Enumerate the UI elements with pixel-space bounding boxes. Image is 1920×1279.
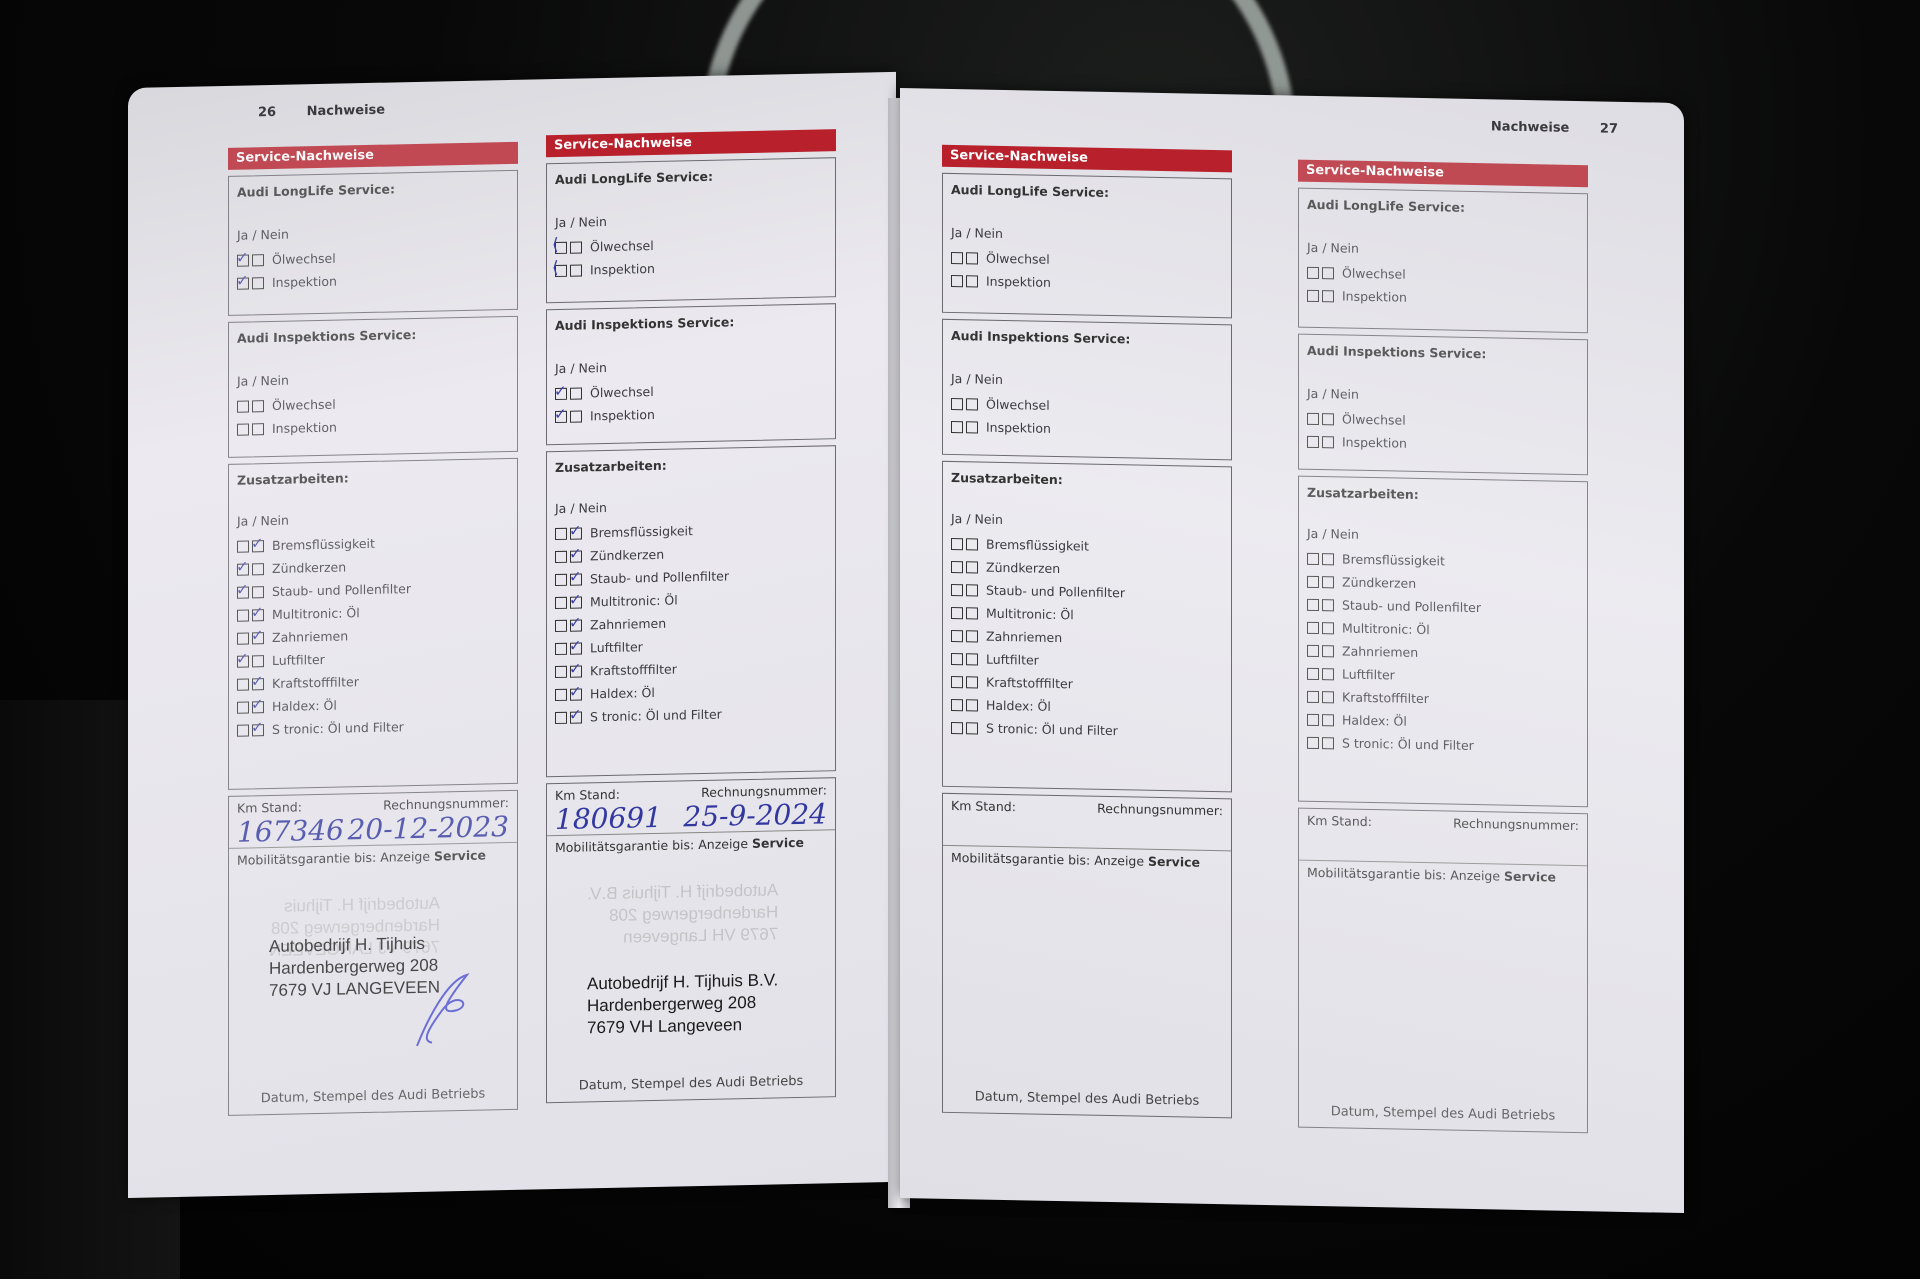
longlife-title: Audi LongLife Service: bbox=[555, 166, 827, 187]
page-right: Nachweise 27 Service-Nachweise Audi Long… bbox=[900, 88, 1684, 1213]
item-label: Haldex: Öl bbox=[272, 698, 337, 714]
checkbox-nein[interactable] bbox=[1322, 290, 1334, 302]
checkbox-ja[interactable] bbox=[237, 701, 249, 713]
zusatz-item: S tronic: Öl und Filter bbox=[555, 700, 827, 729]
item-label: Zündkerzen bbox=[1342, 574, 1416, 590]
checkbox-nein[interactable] bbox=[252, 423, 264, 435]
item-label: Inspektion bbox=[590, 261, 655, 277]
page-number: 26 bbox=[258, 105, 276, 120]
checkbox-nein[interactable] bbox=[1322, 691, 1334, 703]
item-label: Staub- und Pollenfilter bbox=[272, 581, 411, 599]
checkbox-ja[interactable] bbox=[951, 397, 963, 409]
checkbox-nein[interactable] bbox=[1322, 599, 1334, 611]
item-label: Haldex: Öl bbox=[590, 685, 655, 701]
checkbox-ja[interactable] bbox=[951, 675, 963, 687]
service-banner: Service-Nachweise bbox=[228, 142, 518, 170]
item-label: Multitronic: Öl bbox=[590, 592, 678, 609]
service-record-4: Service-Nachweise Audi LongLife Service:… bbox=[1298, 160, 1588, 1134]
checkbox-nein[interactable] bbox=[1322, 413, 1334, 425]
page-section: Nachweise bbox=[1491, 119, 1569, 136]
zusatz-title: Zusatzarbeiten: bbox=[237, 467, 509, 488]
rechnungsnummer-label: Rechnungsnummer: bbox=[1453, 816, 1579, 833]
zusatzarbeiten-section: Zusatzarbeiten: Ja / Nein Bremsflüssigke… bbox=[942, 461, 1232, 793]
zusatz-item: S tronic: Öl und Filter bbox=[951, 716, 1223, 744]
checkbox-nein[interactable] bbox=[252, 586, 264, 598]
checkbox-ja[interactable] bbox=[1307, 435, 1319, 447]
item-label: Inspektion bbox=[272, 420, 337, 436]
checkbox-ja[interactable] bbox=[555, 410, 567, 422]
checkbox-ja[interactable] bbox=[1307, 667, 1319, 679]
zusatz-title: Zusatzarbeiten: bbox=[555, 454, 827, 475]
item-label: Inspektion bbox=[1342, 288, 1407, 304]
km-stand-label: Km Stand: bbox=[237, 799, 302, 815]
km-stand-label: Km Stand: bbox=[555, 787, 620, 803]
checkbox-nein[interactable] bbox=[252, 655, 264, 667]
item-label: Ölwechsel bbox=[272, 251, 336, 267]
checkbox-nein[interactable] bbox=[966, 538, 978, 550]
item-label: Zahnriemen bbox=[986, 629, 1062, 645]
rechnungsnummer-value: 20-12-2023 bbox=[348, 810, 509, 845]
zusatzarbeiten-section: Zusatzarbeiten: Ja / Nein Bremsflüssigke… bbox=[228, 458, 518, 790]
checkbox-nein[interactable] bbox=[966, 561, 978, 573]
checkbox-ja[interactable] bbox=[555, 573, 567, 585]
mobilitaetsgarantie: Mobilitätsgarantie bis: Anzeige Service bbox=[1299, 861, 1587, 890]
checkbox-ja[interactable] bbox=[951, 721, 963, 733]
checkbox-nein[interactable] bbox=[252, 724, 264, 736]
zusatz-list: BremsflüssigkeitZündkerzenStaub- und Pol… bbox=[237, 529, 509, 742]
checkbox-nein[interactable] bbox=[966, 607, 978, 619]
zusatzarbeiten-section: Zusatzarbeiten: Ja / Nein Bremsflüssigke… bbox=[1298, 476, 1588, 808]
inspektions-title: Audi Inspektions Service: bbox=[951, 328, 1223, 348]
item-label: Luftfilter bbox=[272, 652, 325, 668]
checkbox-nein[interactable] bbox=[252, 632, 264, 644]
checkbox-nein[interactable] bbox=[1322, 267, 1334, 279]
inspektions-title: Audi Inspektions Service: bbox=[237, 325, 509, 346]
checkbox-nein[interactable] bbox=[570, 573, 582, 585]
longlife-title: Audi LongLife Service: bbox=[237, 179, 509, 200]
record-footer: Km Stand:Rechnungsnummer: Mobilitätsgara… bbox=[942, 793, 1232, 1119]
item-label: Multitronic: Öl bbox=[1342, 620, 1430, 637]
item-label: Ölwechsel bbox=[272, 397, 336, 413]
datum-stempel-label: Datum, Stempel des Audi Betriebs bbox=[943, 1089, 1231, 1110]
item-label: Bremsflüssigkeit bbox=[1342, 551, 1445, 568]
service-record-2: Service-Nachweise Audi LongLife Service:… bbox=[546, 129, 836, 1103]
checkbox-nein[interactable] bbox=[252, 701, 264, 713]
checkbox-nein[interactable] bbox=[1322, 436, 1334, 448]
item-label: Luftfilter bbox=[590, 639, 643, 655]
checkbox-ja[interactable] bbox=[1307, 713, 1319, 725]
record-footer: Km Stand:Rechnungsnummer: Mobilitätsgara… bbox=[1298, 808, 1588, 1134]
checkbox-nein[interactable] bbox=[966, 421, 978, 433]
checkbox-nein[interactable] bbox=[966, 252, 978, 264]
checkbox-nein[interactable] bbox=[966, 630, 978, 642]
item-label: Zahnriemen bbox=[272, 628, 348, 645]
checkbox-ja[interactable] bbox=[237, 655, 249, 667]
zusatz-list: BremsflüssigkeitZündkerzenStaub- und Pol… bbox=[555, 516, 827, 729]
checkbox-nein[interactable] bbox=[252, 277, 264, 289]
zusatz-list: BremsflüssigkeitZündkerzenStaub- und Pol… bbox=[1307, 547, 1579, 759]
checkbox-nein[interactable] bbox=[966, 398, 978, 410]
zusatz-list: BremsflüssigkeitZündkerzenStaub- und Pol… bbox=[951, 532, 1223, 744]
item-label: S tronic: Öl und Filter bbox=[986, 721, 1118, 739]
checkbox-ja[interactable] bbox=[951, 698, 963, 710]
page-header-right: Nachweise 27 bbox=[1491, 119, 1644, 137]
checkbox-nein[interactable] bbox=[570, 688, 582, 700]
item-label: Haldex: Öl bbox=[1342, 712, 1407, 728]
checkbox-nein[interactable] bbox=[252, 563, 264, 575]
checkbox-nein[interactable] bbox=[570, 264, 582, 276]
item-label: Ölwechsel bbox=[1342, 411, 1406, 427]
item-label: Kraftstofffilter bbox=[272, 674, 359, 691]
stamp-ghost: Autobedrijf H. Tijhuis B.V.Hardenbergerw… bbox=[587, 879, 778, 949]
item-label: Ölwechsel bbox=[1342, 265, 1406, 281]
checkbox-nein[interactable] bbox=[966, 653, 978, 665]
checkbox-ja[interactable] bbox=[951, 251, 963, 263]
checkbox-ja[interactable] bbox=[555, 688, 567, 700]
checkbox-nein[interactable] bbox=[570, 642, 582, 654]
inspektions-section: Audi Inspektions Service: Ja / Nein Ölwe… bbox=[1298, 334, 1588, 476]
checkbox-nein[interactable] bbox=[570, 550, 582, 562]
checkbox-nein[interactable] bbox=[570, 241, 582, 253]
ja-nein-label: Ja / Nein bbox=[1307, 386, 1579, 406]
checkbox-ja[interactable] bbox=[1307, 598, 1319, 610]
checkbox-nein[interactable] bbox=[252, 400, 264, 412]
checkbox-ja[interactable] bbox=[555, 596, 567, 608]
checkbox-nein[interactable] bbox=[1322, 645, 1334, 657]
datum-stempel-label: Datum, Stempel des Audi Betriebs bbox=[229, 1086, 517, 1107]
item-label: Bremsflüssigkeit bbox=[986, 537, 1089, 554]
item-label: Zündkerzen bbox=[272, 559, 346, 576]
checkbox-nein[interactable] bbox=[570, 410, 582, 422]
item-label: Kraftstofffilter bbox=[1342, 689, 1429, 706]
page-number: 27 bbox=[1600, 121, 1618, 136]
ja-nein-label: Ja / Nein bbox=[951, 225, 1223, 245]
item-label: Ölwechsel bbox=[590, 384, 654, 400]
checkbox-ja[interactable] bbox=[1307, 690, 1319, 702]
datum-stempel-label: Datum, Stempel des Audi Betriebs bbox=[1299, 1104, 1587, 1125]
checkbox-nein[interactable] bbox=[1322, 553, 1334, 565]
item-label: Zündkerzen bbox=[986, 560, 1060, 576]
checkbox-nein[interactable] bbox=[1322, 622, 1334, 634]
item-label: Multitronic: Öl bbox=[986, 606, 1074, 623]
checkbox-ja[interactable] bbox=[555, 527, 567, 539]
checkbox-ja[interactable] bbox=[555, 642, 567, 654]
longlife-title: Audi LongLife Service: bbox=[1307, 197, 1579, 217]
ja-nein-label: Ja / Nein bbox=[237, 368, 509, 389]
checkbox-nein[interactable] bbox=[252, 609, 264, 621]
checkbox-nein[interactable] bbox=[570, 619, 582, 631]
service-banner: Service-Nachweise bbox=[1298, 160, 1588, 188]
checkbox-ja[interactable] bbox=[1307, 552, 1319, 564]
item-label: S tronic: Öl und Filter bbox=[590, 707, 722, 725]
zusatz-title: Zusatzarbeiten: bbox=[1307, 485, 1579, 505]
item-label: Bremsflüssigkeit bbox=[590, 523, 693, 540]
zusatzarbeiten-section: Zusatzarbeiten: Ja / Nein Bremsflüssigke… bbox=[546, 445, 836, 777]
mobilitaetsgarantie: Mobilitätsgarantie bis: Anzeige Service bbox=[943, 846, 1231, 875]
checkbox-ja[interactable] bbox=[951, 629, 963, 641]
item-label: Zahnriemen bbox=[590, 616, 666, 633]
item-label: S tronic: Öl und Filter bbox=[1342, 735, 1474, 753]
item-label: Bremsflüssigkeit bbox=[272, 536, 375, 553]
checkbox-ja[interactable] bbox=[951, 560, 963, 572]
item-label: Staub- und Pollenfilter bbox=[986, 583, 1125, 601]
km-stand-value: 180691 bbox=[555, 801, 662, 835]
checkbox-ja[interactable] bbox=[237, 609, 249, 621]
longlife-title: Audi LongLife Service: bbox=[951, 182, 1223, 202]
zusatz-item: S tronic: Öl und Filter bbox=[1307, 731, 1579, 759]
item-label: Haldex: Öl bbox=[986, 698, 1051, 714]
ja-nein-label: Ja / Nein bbox=[951, 371, 1223, 391]
checkbox-nein[interactable] bbox=[966, 584, 978, 596]
checkbox-ja[interactable] bbox=[237, 724, 249, 736]
checkbox-nein[interactable] bbox=[1322, 737, 1334, 749]
checkbox-ja[interactable] bbox=[1307, 575, 1319, 587]
item-label: Ölwechsel bbox=[590, 238, 654, 254]
checkbox-ja[interactable] bbox=[951, 420, 963, 432]
checkbox-ja[interactable] bbox=[237, 277, 249, 289]
checkbox-nein[interactable] bbox=[570, 665, 582, 677]
checkbox-nein[interactable] bbox=[570, 387, 582, 399]
item-label: Zahnriemen bbox=[1342, 643, 1418, 659]
checkbox-ja[interactable] bbox=[1307, 289, 1319, 301]
ja-nein-label: Ja / Nein bbox=[555, 355, 827, 376]
checkbox-ja[interactable] bbox=[1307, 412, 1319, 424]
checkbox-nein[interactable] bbox=[252, 540, 264, 552]
zusatz-item: S tronic: Öl und Filter bbox=[237, 713, 509, 742]
inspektions-section: Audi Inspektions Service: Ja / Nein Ölwe… bbox=[942, 319, 1232, 461]
inspektions-section: Audi Inspektions Service: Ja / Nein Ölwe… bbox=[228, 316, 518, 458]
item-label: S tronic: Öl und Filter bbox=[272, 719, 404, 737]
checkbox-nein[interactable] bbox=[966, 275, 978, 287]
service-record-1: Service-Nachweise Audi LongLife Service:… bbox=[228, 142, 518, 1116]
checkbox-ja[interactable] bbox=[237, 400, 249, 412]
checkbox-ja[interactable] bbox=[555, 387, 567, 399]
checkbox-ja[interactable] bbox=[1307, 644, 1319, 656]
item-label: Luftfilter bbox=[1342, 666, 1395, 682]
inspektions-section: Audi Inspektions Service: Ja / Nein Ölwe… bbox=[546, 303, 836, 445]
checkbox-ja[interactable] bbox=[237, 254, 249, 266]
checkbox-ja[interactable] bbox=[951, 606, 963, 618]
inspektions-title: Audi Inspektions Service: bbox=[555, 312, 827, 333]
item-label: Staub- und Pollenfilter bbox=[590, 568, 729, 586]
checkbox-nein[interactable] bbox=[570, 527, 582, 539]
longlife-section: Audi LongLife Service: Ja / Nein Ölwechs… bbox=[1298, 188, 1588, 334]
record-footer: Km Stand:Rechnungsnummer: 18069125-9-202… bbox=[546, 777, 836, 1103]
longlife-section: Audi LongLife Service: Ja / Nein Ölwechs… bbox=[942, 173, 1232, 319]
km-stand-value: 167346 bbox=[237, 813, 344, 847]
ja-nein-label: Ja / Nein bbox=[951, 511, 1223, 531]
checkbox-ja[interactable] bbox=[237, 563, 249, 575]
checkbox-ja[interactable] bbox=[951, 537, 963, 549]
checkbox-ja[interactable] bbox=[1307, 736, 1319, 748]
service-banner: Service-Nachweise bbox=[942, 145, 1232, 173]
checkbox-nein[interactable] bbox=[252, 678, 264, 690]
rechnungsnummer-value: 25-9-2024 bbox=[683, 797, 827, 832]
checkbox-ja[interactable] bbox=[237, 586, 249, 598]
checkbox-nein[interactable] bbox=[966, 676, 978, 688]
page-header-left: 26 Nachweise bbox=[258, 103, 385, 121]
item-label: Kraftstofffilter bbox=[986, 675, 1073, 692]
signature bbox=[407, 970, 477, 1051]
ja-nein-label: Ja / Nein bbox=[555, 209, 827, 230]
service-booklet: 26 Nachweise Service-Nachweise Audi Long… bbox=[128, 88, 1684, 1208]
checkbox-ja[interactable] bbox=[237, 540, 249, 552]
item-label: Ölwechsel bbox=[986, 397, 1050, 413]
checkbox-nein[interactable] bbox=[570, 711, 582, 723]
checkbox-ja[interactable] bbox=[555, 550, 567, 562]
checkbox-nein[interactable] bbox=[966, 722, 978, 734]
item-label: Zündkerzen bbox=[590, 547, 664, 564]
zusatz-title: Zusatzarbeiten: bbox=[951, 470, 1223, 490]
checkbox-nein[interactable] bbox=[966, 699, 978, 711]
checkbox-ja[interactable] bbox=[237, 678, 249, 690]
item-label: Inspektion bbox=[272, 274, 337, 290]
checkbox-ja[interactable] bbox=[951, 652, 963, 664]
item-label: Luftfilter bbox=[986, 652, 1039, 668]
checkbox-ja[interactable] bbox=[1307, 266, 1319, 278]
checkbox-ja[interactable] bbox=[237, 632, 249, 644]
km-stand-label: Km Stand: bbox=[951, 798, 1016, 814]
record-footer: Km Stand:Rechnungsnummer: 16734620-12-20… bbox=[228, 790, 518, 1116]
service-banner: Service-Nachweise bbox=[546, 129, 836, 157]
item-label: Ölwechsel bbox=[986, 251, 1050, 267]
item-label: Inspektion bbox=[986, 420, 1051, 436]
ja-nein-label: Ja / Nein bbox=[1307, 526, 1579, 546]
checkbox-ja[interactable] bbox=[1307, 621, 1319, 633]
ja-nein-label: Ja / Nein bbox=[237, 508, 509, 529]
item-label: Staub- und Pollenfilter bbox=[1342, 597, 1481, 615]
checkbox-nein[interactable] bbox=[252, 254, 264, 266]
checkbox-nein[interactable] bbox=[1322, 576, 1334, 588]
checkbox-ja[interactable] bbox=[555, 711, 567, 723]
ja-nein-label: Ja / Nein bbox=[1307, 240, 1579, 260]
checkbox-nein[interactable] bbox=[1322, 714, 1334, 726]
item-label: Inspektion bbox=[1342, 434, 1407, 450]
km-stand-label: Km Stand: bbox=[1307, 813, 1372, 829]
dealer-stamp: Autobedrijf H. Tijhuis B.V.Hardenbergerw… bbox=[587, 969, 778, 1039]
datum-stempel-label: Datum, Stempel des Audi Betriebs bbox=[547, 1073, 835, 1094]
item-label: Multitronic: Öl bbox=[272, 605, 360, 622]
rechnungsnummer-label: Rechnungsnummer: bbox=[1097, 801, 1223, 818]
checkbox-ja[interactable] bbox=[555, 241, 567, 253]
ja-nein-label: Ja / Nein bbox=[237, 222, 509, 243]
checkbox-nein[interactable] bbox=[1322, 668, 1334, 680]
longlife-section: Audi LongLife Service: Ja / Nein Ölwechs… bbox=[546, 157, 836, 303]
checkbox-ja[interactable] bbox=[555, 264, 567, 276]
checkbox-ja[interactable] bbox=[555, 665, 567, 677]
item-label: Kraftstofffilter bbox=[590, 662, 677, 679]
service-record-3: Service-Nachweise Audi LongLife Service:… bbox=[942, 145, 1232, 1119]
ja-nein-label: Ja / Nein bbox=[555, 495, 827, 516]
item-label: Inspektion bbox=[986, 274, 1051, 290]
longlife-section: Audi LongLife Service: Ja / Nein Ölwechs… bbox=[228, 170, 518, 316]
checkbox-ja[interactable] bbox=[237, 423, 249, 435]
checkbox-ja[interactable] bbox=[951, 583, 963, 595]
page-left: 26 Nachweise Service-Nachweise Audi Long… bbox=[128, 72, 896, 1198]
page-section: Nachweise bbox=[307, 103, 385, 120]
inspektions-title: Audi Inspektions Service: bbox=[1307, 343, 1579, 363]
checkbox-ja[interactable] bbox=[951, 274, 963, 286]
item-label: Inspektion bbox=[590, 407, 655, 423]
checkbox-nein[interactable] bbox=[570, 596, 582, 608]
checkbox-ja[interactable] bbox=[555, 619, 567, 631]
